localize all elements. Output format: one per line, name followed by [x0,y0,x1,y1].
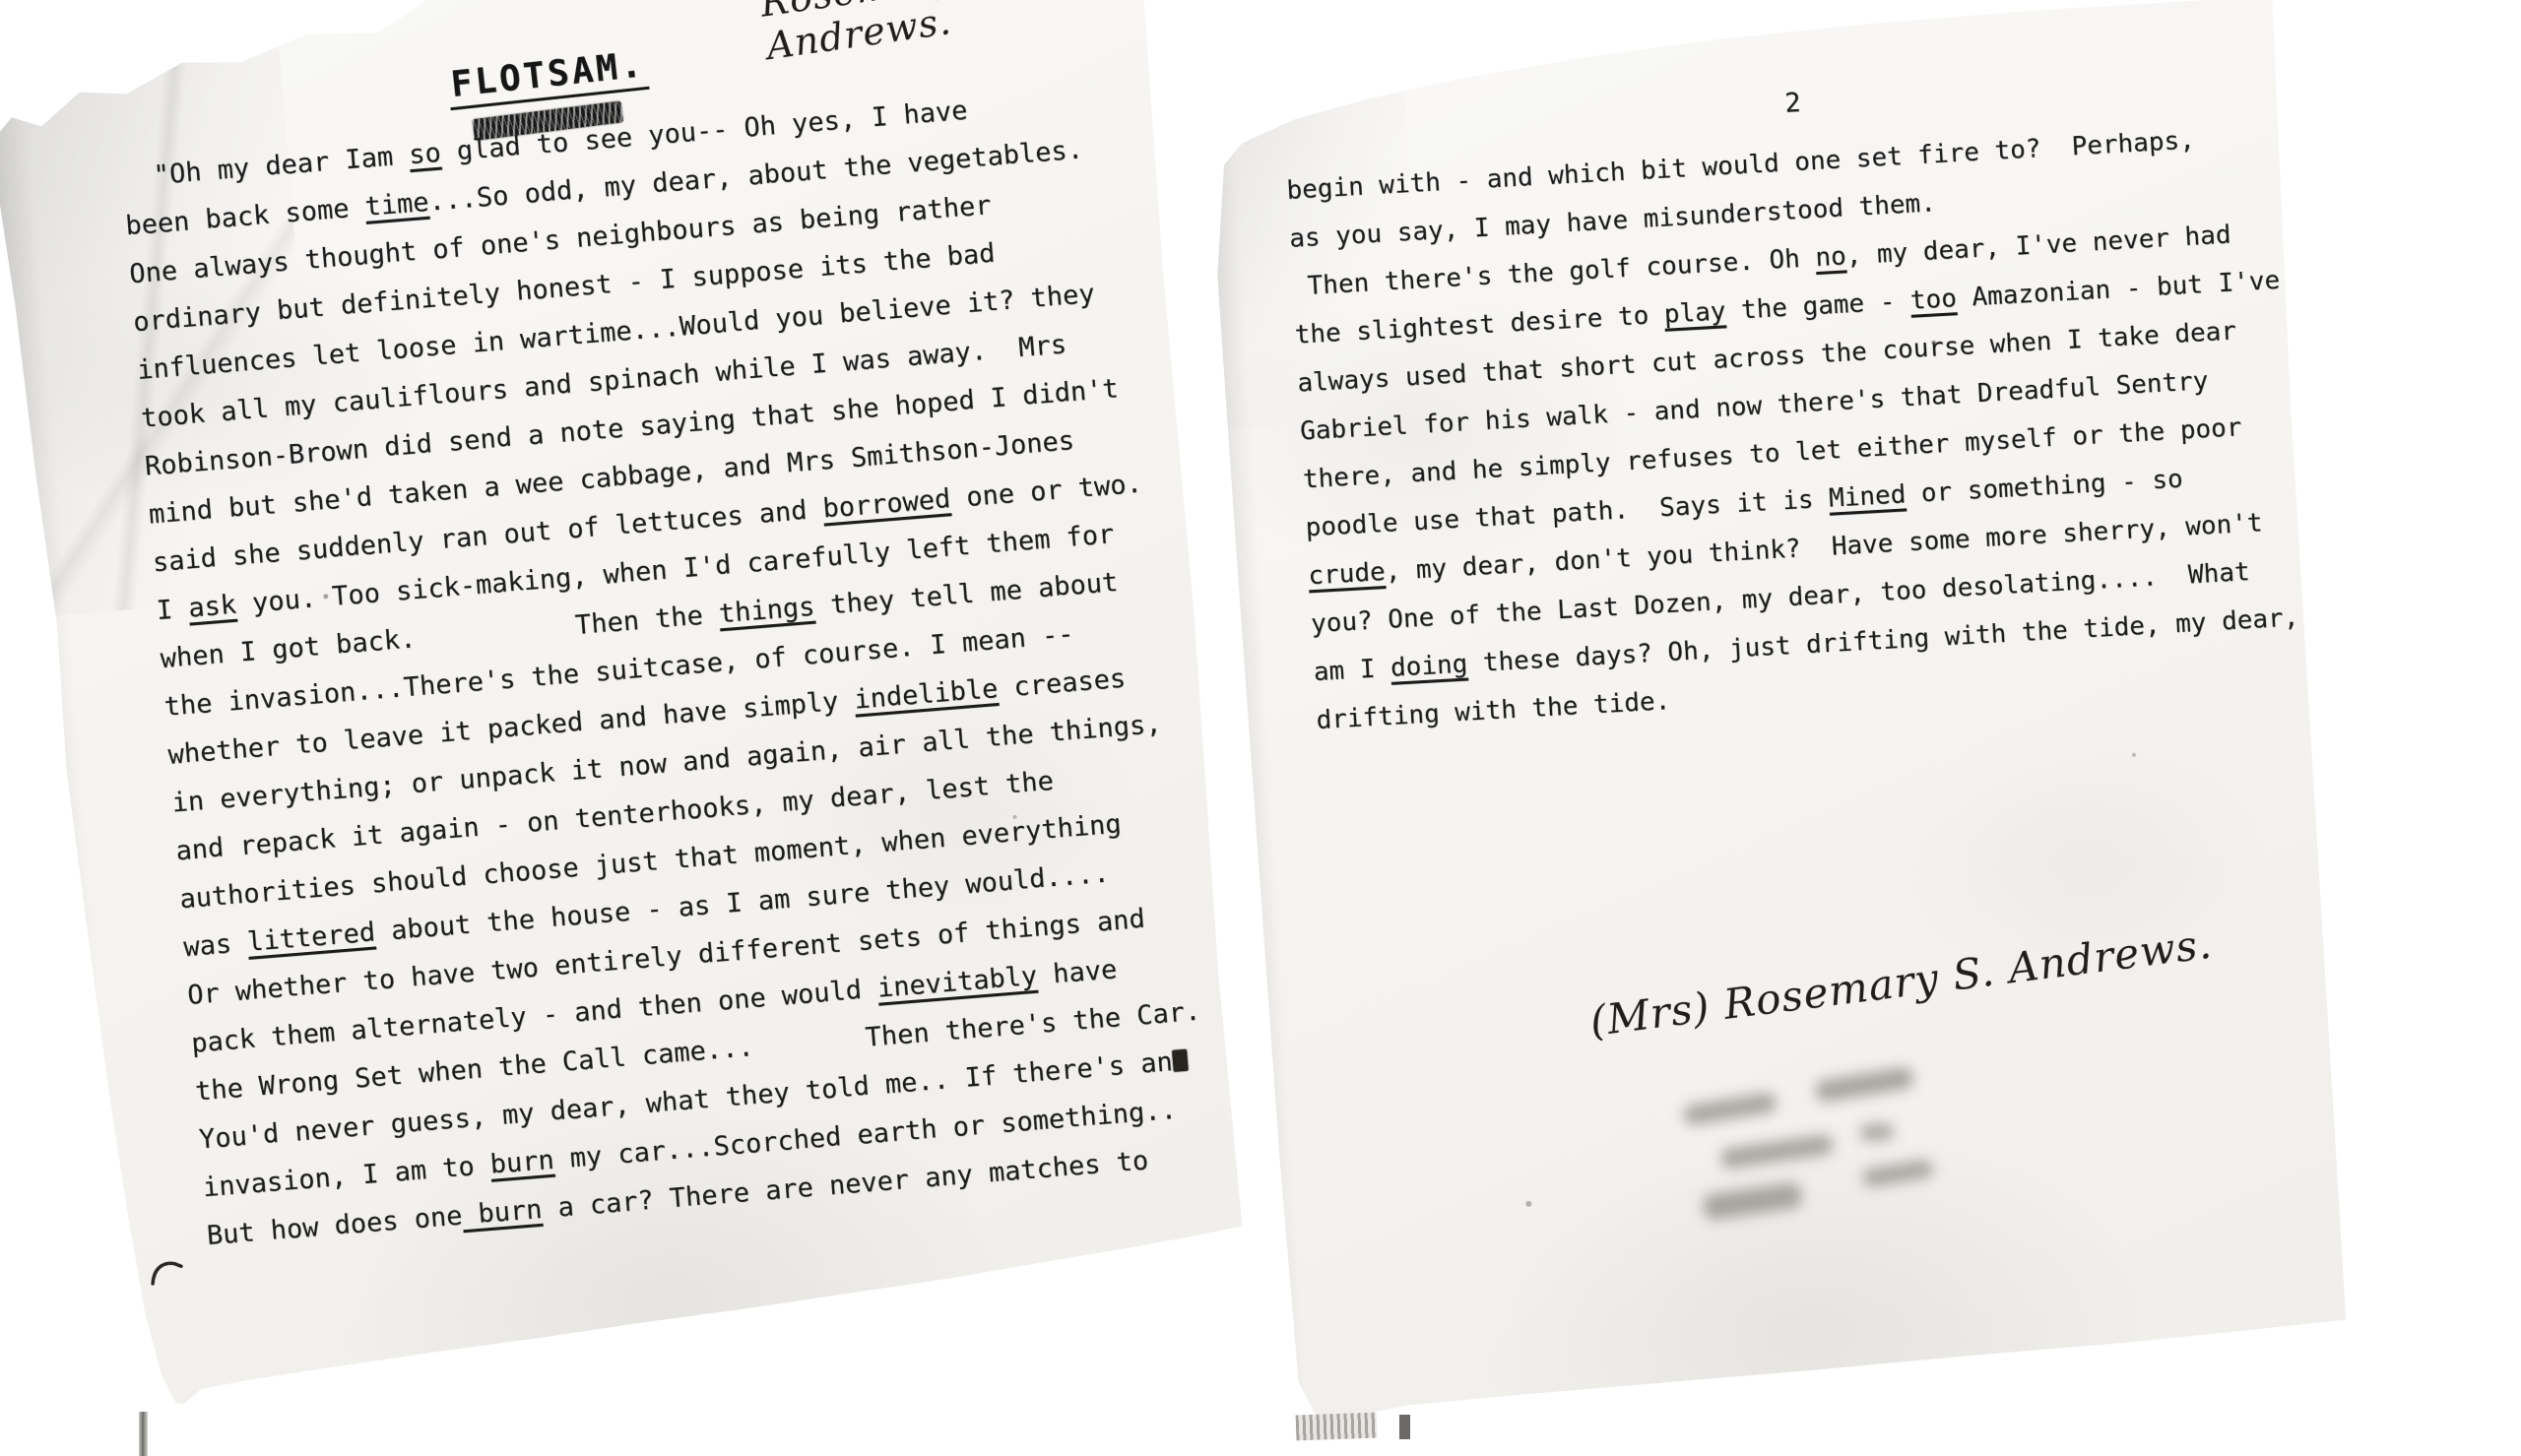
blurred-address-word [1682,1092,1778,1126]
letter-title-block: FLOTSAM. [446,46,649,107]
blurred-address-word [1861,1159,1934,1187]
paper-speck [2132,753,2136,757]
paper-stand-stick [139,1412,148,1456]
blurred-address-word [1719,1134,1835,1170]
blurred-address [1682,1068,1967,1250]
pen-mark-icon [144,1252,191,1290]
letter-page-1: Rosemary S. Andrews. FLOTSAM. "Oh my dea… [0,0,1252,1418]
scan-fringe-artifact [1296,1413,1378,1441]
scanned-letter-canvas: Rosemary S. Andrews. FLOTSAM. "Oh my dea… [0,0,2521,1456]
scan-notch-artifact [1399,1415,1410,1439]
blurred-address-word [1814,1066,1914,1104]
paper-speck [1525,1201,1531,1207]
author-name-handwritten: Rosemary S. Andrews. [757,0,1148,68]
letter-page-2: 2 begin with - and which bit would one s… [1205,0,2349,1431]
page-number: 2 [1784,88,1802,119]
signature-handwritten: (Mrs) Rosemary S. Andrews. [1587,919,2215,1045]
typed-text-page-2: begin with - and which bit would one set… [1285,112,2302,745]
blurred-address-word [1859,1123,1894,1141]
typed-text-page-1: "Oh my dear Iam so glad to see you-- Oh … [120,74,1214,1261]
blurred-address-word [1702,1181,1803,1221]
